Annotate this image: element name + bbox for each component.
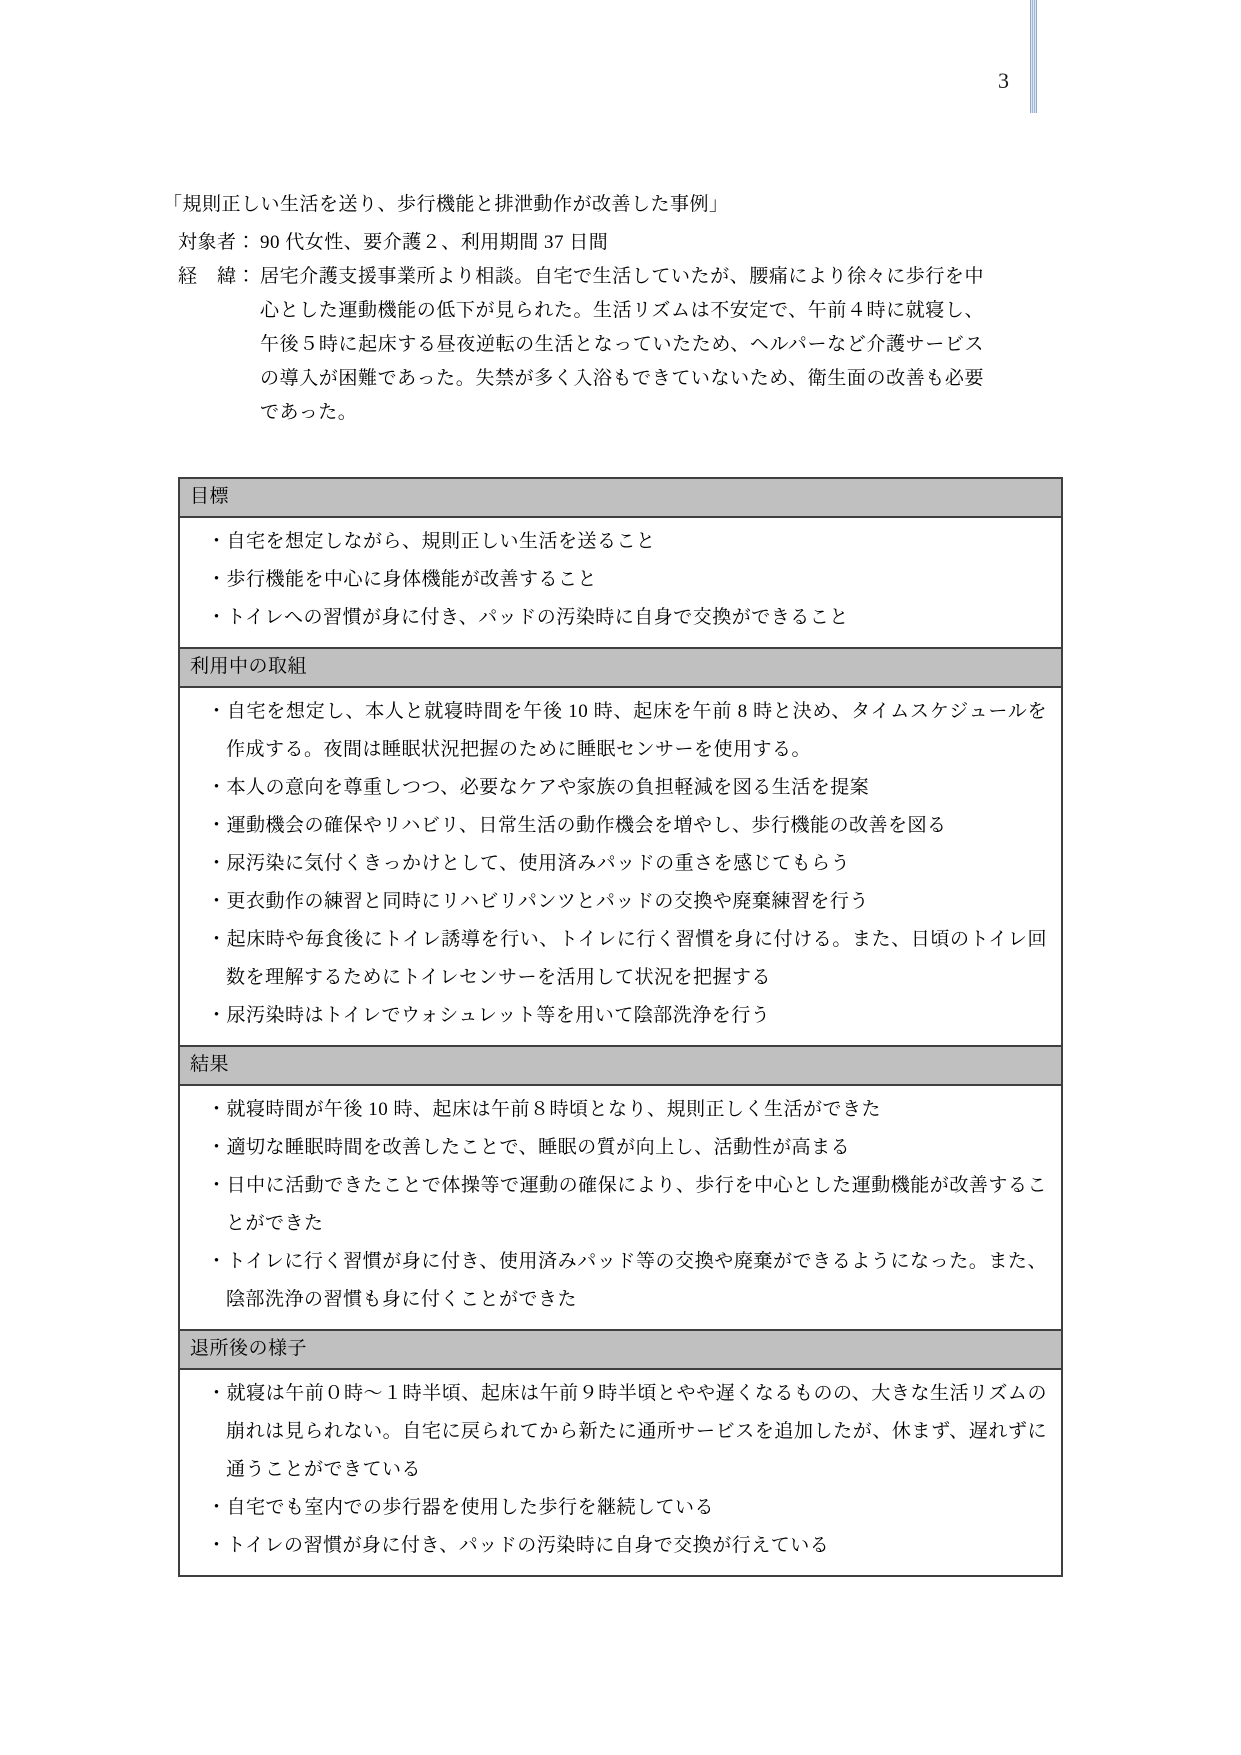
list-item: ・日中に活動できたことで体操等で運動の確保により、歩行を中心とした運動機能が改善…	[180, 1167, 1047, 1243]
list-item: ・就寝時間が午後 10 時、起床は午前８時頃となり、規則正しく生活ができた	[180, 1091, 1047, 1129]
section-heading: 結果	[180, 1045, 1061, 1086]
page-number: 3	[998, 68, 1009, 94]
background-row: 経 緯： 居宅介護支援事業所より相談。自宅で生活していたが、腰痛により徐々に歩行…	[178, 260, 1068, 430]
list-item: ・歩行機能を中心に身体機能が改善すること	[180, 561, 1047, 599]
list-item: ・尿汚染に気付くきっかけとして、使用済みパッドの重さを感じてもらう	[180, 845, 1047, 883]
list-item: ・自宅を想定しながら、規則正しい生活を送ること	[180, 523, 1047, 561]
list-item: ・更衣動作の練習と同時にリハビリパンツとパッドの交換や廃棄練習を行う	[180, 883, 1047, 921]
section-body: ・就寝は午前０時～１時半頃、起床は午前９時半頃とやや遅くなるものの、大きな生活リ…	[180, 1370, 1061, 1575]
list-item: ・トイレの習慣が身に付き、パッドの汚染時に自身で交換が行えている	[180, 1527, 1047, 1565]
document-page: 3 「規則正しい生活を送り、歩行機能と排泄動作が改善した事例」 対象者： 90 …	[0, 0, 1241, 1755]
case-table: 目標・自宅を想定しながら、規則正しい生活を送ること・歩行機能を中心に身体機能が改…	[178, 477, 1063, 1577]
list-item: ・トイレへの習慣が身に付き、パッドの汚染時に自身で交換ができること	[180, 599, 1047, 637]
section-body: ・自宅を想定し、本人と就寝時間を午後 10 時、起床を午前 8 時と決め、タイム…	[180, 688, 1061, 1045]
list-item: ・自宅でも室内での歩行器を使用した歩行を継続している	[180, 1489, 1047, 1527]
section-heading: 退所後の様子	[180, 1329, 1061, 1370]
section-body: ・就寝時間が午後 10 時、起床は午前８時頃となり、規則正しく生活ができた・適切…	[180, 1086, 1061, 1329]
list-item: ・自宅を想定し、本人と就寝時間を午後 10 時、起床を午前 8 時と決め、タイム…	[180, 693, 1047, 769]
list-item: ・本人の意向を尊重しつつ、必要なケアや家族の負担軽減を図る生活を提案	[180, 769, 1047, 807]
page-content: 「規則正しい生活を送り、歩行機能と排泄動作が改善した事例」 対象者： 90 代女…	[163, 190, 1068, 1577]
list-item: ・就寝は午前０時～１時半頃、起床は午前９時半頃とやや遅くなるものの、大きな生活リ…	[180, 1375, 1047, 1489]
section-heading: 利用中の取組	[180, 647, 1061, 688]
list-item: ・尿汚染時はトイレでウォシュレット等を用いて陰部洗浄を行う	[180, 997, 1047, 1035]
case-title: 「規則正しい生活を送り、歩行機能と排泄動作が改善した事例」	[163, 190, 1068, 220]
list-item: ・起床時や毎食後にトイレ誘導を行い、トイレに行く習慣を身に付ける。また、日頃のト…	[180, 921, 1047, 997]
list-item: ・トイレに行く習慣が身に付き、使用済みパッド等の交換や廃棄ができるようになった。…	[180, 1243, 1047, 1319]
subject-value: 90 代女性、要介護２、利用期間 37 日間	[260, 226, 984, 260]
subject-row: 対象者： 90 代女性、要介護２、利用期間 37 日間	[178, 226, 1068, 260]
list-item: ・適切な睡眠時間を改善したことで、睡眠の質が向上し、活動性が高まる	[180, 1129, 1047, 1167]
section-body: ・自宅を想定しながら、規則正しい生活を送ること・歩行機能を中心に身体機能が改善す…	[180, 518, 1061, 647]
background-label: 経 緯：	[178, 260, 260, 430]
subject-label: 対象者：	[178, 226, 260, 260]
section-heading: 目標	[180, 479, 1061, 518]
list-item: ・運動機会の確保やリハビリ、日常生活の動作機会を増やし、歩行機能の改善を図る	[180, 807, 1047, 845]
vertical-accent-bar	[1030, 0, 1037, 113]
background-text: 居宅介護支援事業所より相談。自宅で生活していたが、腰痛により徐々に歩行を中心とし…	[260, 260, 984, 430]
